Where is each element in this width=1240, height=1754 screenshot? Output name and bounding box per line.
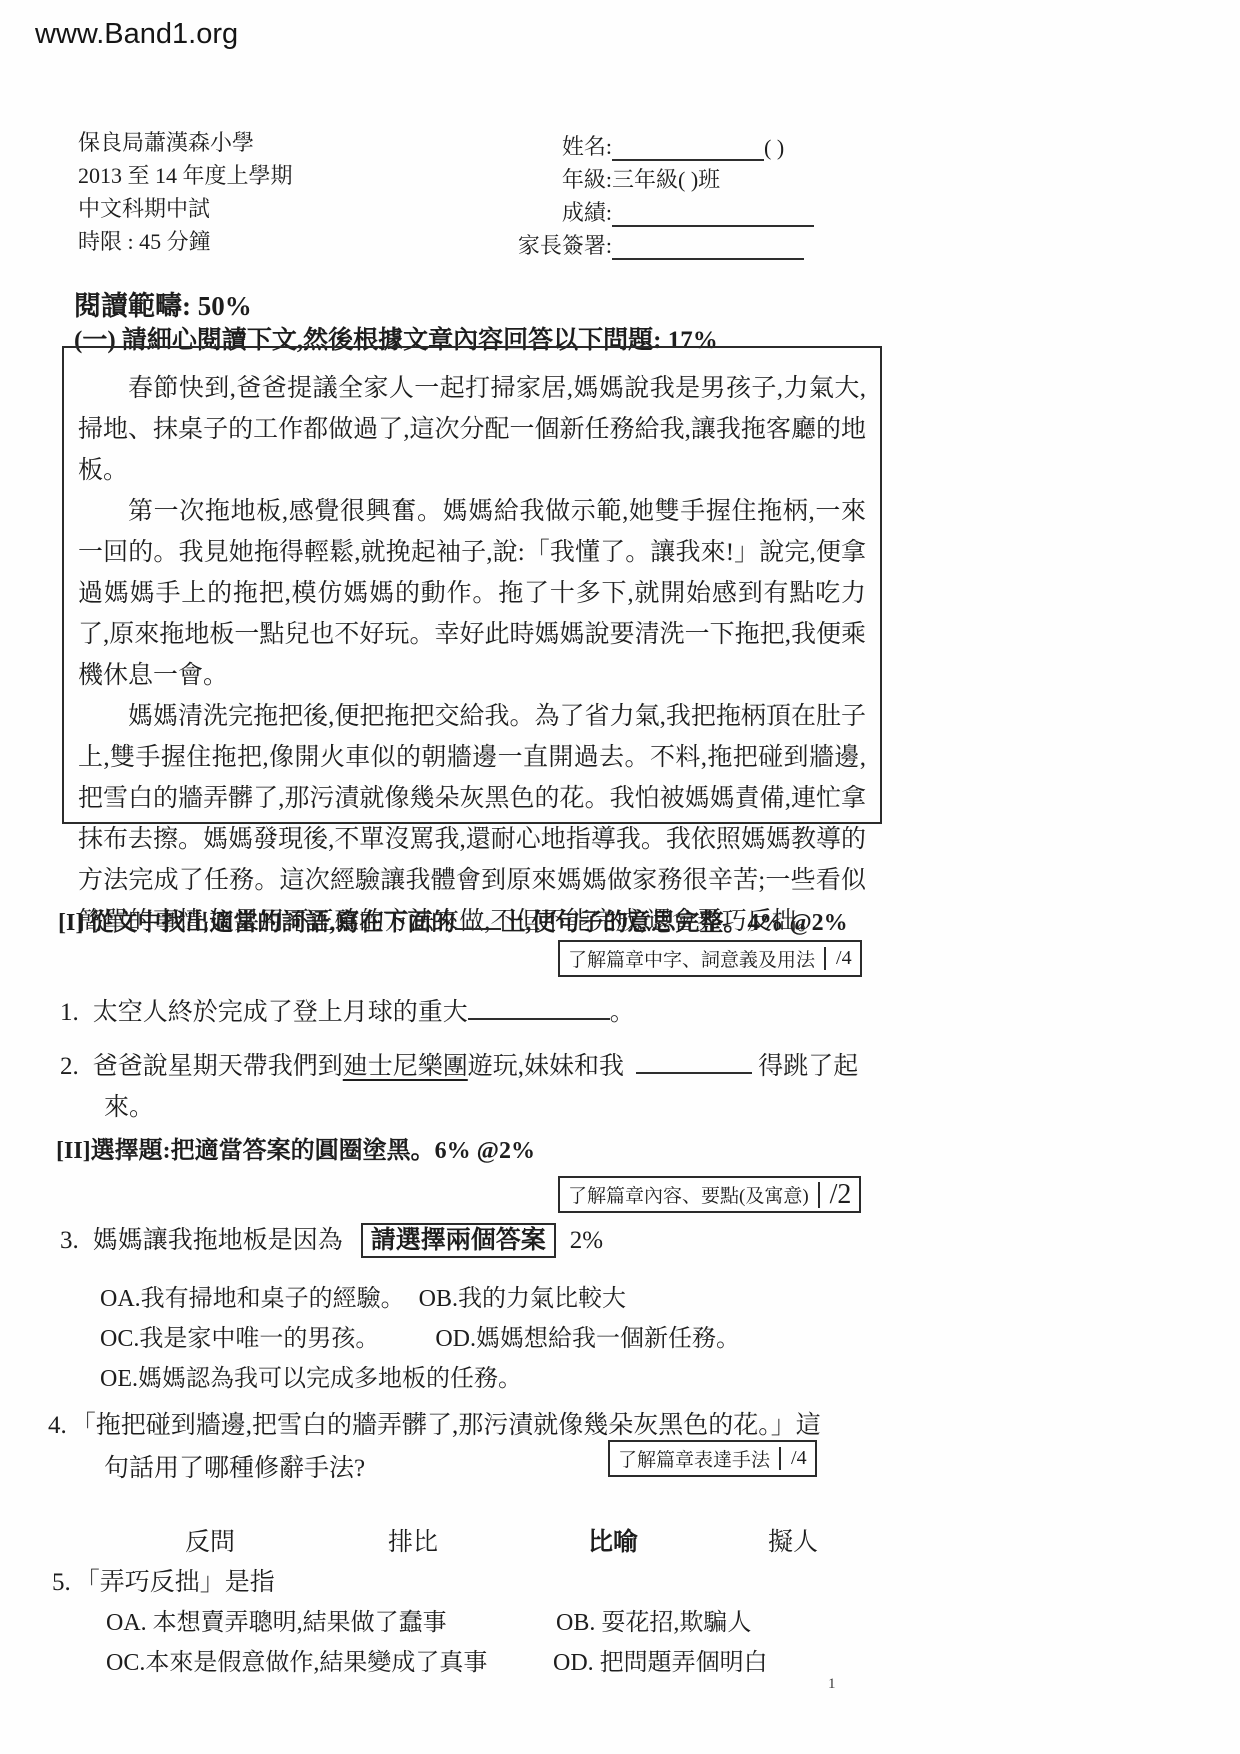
question-4-stem-line-1: 「拖把碰到牆邊,把雪白的牆弄髒了,那污漬就像幾朵灰黑色的花。」這 xyxy=(71,1412,821,1439)
exam-title: 中文科期中試 xyxy=(78,192,293,225)
question-5-option-b: OB. 耍花招,欺騙人 xyxy=(556,1602,751,1637)
section-ii-heading: [II]選擇題:把適當答案的圓圈塗黑。6% @2% xyxy=(56,1130,535,1165)
passage-paragraph-1: 春節快到,爸爸提議全家人一起打掃家居,媽媽說我是男孩子,力氣大,掃地、抹桌子的工… xyxy=(78,368,866,491)
question-3-marks: 2% xyxy=(570,1227,603,1254)
parent-sign-blank xyxy=(612,236,804,260)
question-1-answer-blank xyxy=(468,996,610,1020)
year-term: 2013 至 14 年度上學期 xyxy=(78,159,293,192)
question-3: 3.媽媽讓我拖地板是因為請選擇兩個答案2% xyxy=(60,1220,603,1256)
markbox-vocab-label: 了解篇章中字、詞意義及用法 xyxy=(568,945,815,972)
question-5-number: 5. xyxy=(52,1569,71,1597)
class-label: 年級: xyxy=(470,163,612,194)
markbox-expression-label: 了解篇章表達手法 xyxy=(618,1445,770,1472)
question-3-option-b: OB.我的力氣比較大 xyxy=(419,1286,626,1312)
question-2-underlined-term: 廸士尼樂團 xyxy=(343,1053,468,1080)
question-3-options-row-2: OC.我是家中唯一的男孩。OD.媽媽想給我一個新任務。 xyxy=(100,1318,740,1353)
question-2-text-2: 遊玩,妹妹和我 xyxy=(468,1053,624,1080)
score-label: 成績: xyxy=(470,196,612,227)
question-5: 5.「弄巧反拙」是指 xyxy=(52,1562,275,1598)
time-limit: 時限 : 45 分鐘 xyxy=(78,225,293,258)
question-3-option-c: OC.我是家中唯一的男孩。 xyxy=(100,1326,379,1352)
question-2-text-1: 爸爸說星期天帶我們到 xyxy=(93,1053,343,1080)
question-3-option-e: OE.媽媽認為我可以完成多地板的任務。 xyxy=(100,1366,522,1392)
score-field-row: 成績: xyxy=(470,194,814,227)
name-blank xyxy=(612,137,764,161)
question-1: 1.太空人終於完成了登上月球的重大。 xyxy=(60,992,635,1028)
class-value: 三年級( )班 xyxy=(612,163,720,194)
question-5-option-d: OD. 把問題弄個明白 xyxy=(553,1642,768,1677)
reading-passage-box: 春節快到,爸爸提議全家人一起打掃家居,媽媽說我是男孩子,力氣大,掃地、抹桌子的工… xyxy=(62,346,882,824)
question-1-period: 。 xyxy=(610,999,635,1026)
watermark: www.Band1.org xyxy=(35,18,238,51)
passage-paragraph-2: 第一次拖地板,感覺很興奮。媽媽給我做示範,她雙手握住拖柄,一來一回的。我見她拖得… xyxy=(78,491,866,696)
question-3-options-row-1: OA.我有掃地和桌子的經驗。OB.我的力氣比較大 xyxy=(100,1278,626,1313)
question-5-option-a: OA. 本想賣弄聰明,結果做了蠢事 xyxy=(106,1602,447,1637)
question-1-number: 1. xyxy=(60,999,79,1027)
question-2-line-1: 2.爸爸說星期天帶我們到廸士尼樂團遊玩,妹妹和我 得跳了起 xyxy=(60,1046,858,1082)
exam-paper-page: www.Band1.org 保良局蕭漢森小學 2013 至 14 年度上學期 中… xyxy=(0,0,1240,1754)
name-paren: ( ) xyxy=(764,135,784,161)
question-3-option-a: OA.我有掃地和桌子的經驗。 xyxy=(100,1286,405,1312)
question-5-stem: 「弄巧反拙」是指 xyxy=(75,1569,275,1596)
markbox-vocab: 了解篇章中字、詞意義及用法 /4 xyxy=(558,940,862,977)
markbox-comprehension-label: 了解篇章內容、要點(及寓意) xyxy=(568,1181,809,1208)
markbox-comprehension-score: /2 xyxy=(818,1182,852,1208)
question-4-line-2: 句話用了哪種修辭手法? xyxy=(104,1448,365,1484)
question-1-text: 太空人終於完成了登上月球的重大 xyxy=(93,999,468,1026)
markbox-expression-score: /4 xyxy=(779,1447,807,1470)
section-i-inline-blank xyxy=(455,906,501,930)
question-4-option-rhetorical-question: 反問 xyxy=(185,1522,235,1558)
question-3-options-row-3: OE.媽媽認為我可以完成多地板的任務。 xyxy=(100,1358,522,1393)
question-3-number: 3. xyxy=(60,1227,79,1255)
school-name: 保良局蕭漢森小學 xyxy=(78,126,293,159)
question-2-number: 2. xyxy=(60,1053,79,1081)
question-2-text-3: 得跳了起 xyxy=(758,1053,858,1080)
student-info-fields: 姓名: ( ) 年級: 三年級( )班 成績: 家長簽署: xyxy=(470,128,814,260)
parent-sign-field-row: 家長簽署: xyxy=(470,227,814,260)
question-4-line-1: 4.「拖把碰到牆邊,把雪白的牆弄髒了,那污漬就像幾朵灰黑色的花。」這 xyxy=(48,1405,821,1441)
reading-domain-heading: 閱讀範疇: 50% xyxy=(74,284,252,323)
section-i-heading-suffix: 上,使句子的意思完整。4% @2% xyxy=(501,910,847,936)
markbox-vocab-score: /4 xyxy=(824,947,852,970)
class-field-row: 年級: 三年級( )班 xyxy=(470,161,814,194)
question-4-option-personification: 擬人 xyxy=(768,1522,818,1558)
question-2-answer-blank xyxy=(636,1050,752,1074)
school-header: 保良局蕭漢森小學 2013 至 14 年度上學期 中文科期中試 時限 : 45 … xyxy=(78,126,293,258)
question-5-option-c: OC.本來是假意做作,結果變成了真事 xyxy=(106,1642,487,1677)
question-4-option-simile: 比喻 xyxy=(588,1522,638,1558)
section-i-heading-prefix: [I] 從文中找出適當的詞語,寫在下面的 xyxy=(58,910,455,936)
name-label: 姓名: xyxy=(470,130,612,161)
question-4-option-parallelism: 排比 xyxy=(388,1522,438,1558)
question-2-line-2: 來。 xyxy=(104,1087,154,1123)
page-number: 1 xyxy=(828,1676,836,1693)
markbox-expression: 了解篇章表達手法 /4 xyxy=(608,1440,817,1477)
markbox-comprehension: 了解篇章內容、要點(及寓意) /2 xyxy=(558,1176,861,1213)
section-i-heading: [I] 從文中找出適當的詞語,寫在下面的上,使句子的意思完整。4% @2% xyxy=(58,902,848,937)
parent-sign-label: 家長簽署: xyxy=(470,229,612,260)
question-3-option-d: OD.媽媽想給我一個新任務。 xyxy=(435,1326,740,1352)
name-field-row: 姓名: ( ) xyxy=(470,128,814,161)
question-4-number: 4. xyxy=(48,1412,67,1440)
score-blank xyxy=(612,203,814,227)
question-3-stem: 媽媽讓我拖地板是因為 xyxy=(93,1227,343,1254)
question-3-boxed-note: 請選擇兩個答案 xyxy=(361,1223,556,1258)
